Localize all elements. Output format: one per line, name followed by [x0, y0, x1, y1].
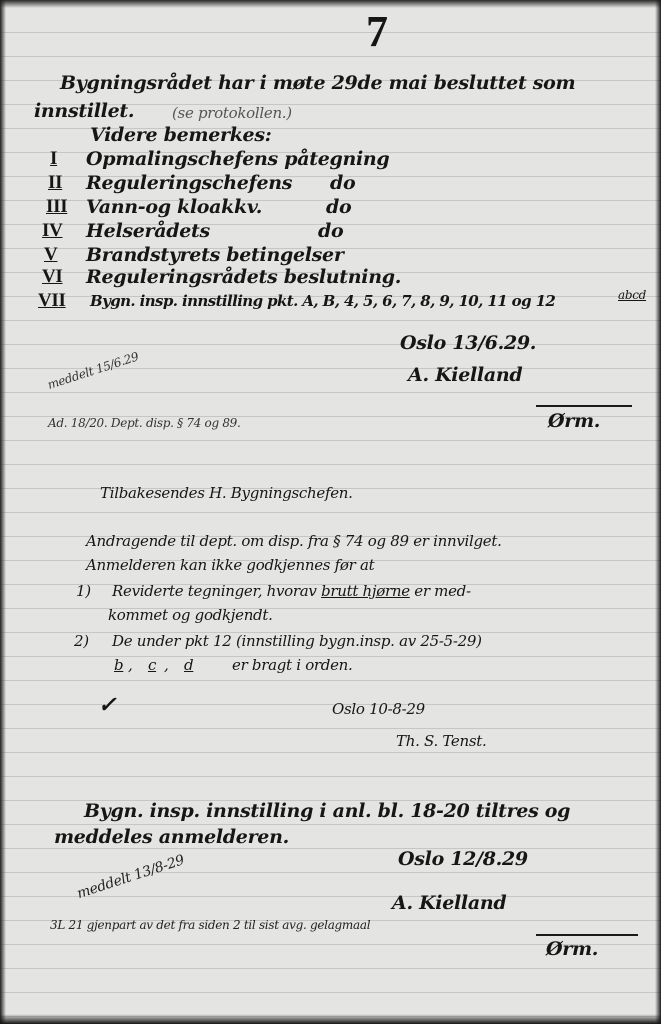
scan-edge-right	[655, 0, 661, 1024]
application-line-1: Andragende til dept. om disp. fra § 74 o…	[86, 532, 502, 550]
remark-numeral: II	[48, 172, 62, 194]
opening-line-2: innstillet.	[34, 100, 134, 122]
remark-text: Opmalingschefens påtegning	[86, 148, 389, 170]
point-text-part: er med-	[410, 582, 471, 600]
approval-line-1: Bygn. insp. innstilling i anl. bl. 18-20…	[84, 800, 570, 822]
return-heading: Tilbakesendes H. Bygningschefen.	[100, 484, 353, 502]
point-letter: c	[148, 656, 156, 674]
point-text: De under pkt 12 (innstilling bygn.insp. …	[112, 632, 482, 650]
date-section2: Oslo 10-8-29	[332, 700, 425, 718]
remark-text: Bygn. insp. innstilling pkt. A, B, 4, 5,…	[90, 292, 555, 310]
letter-separator: ,	[128, 656, 132, 674]
remark-text: Reguleringschefens	[86, 172, 292, 194]
scan-edge-bottom	[0, 1014, 661, 1024]
margin-note-meddelt: meddelt 15/6.29	[46, 349, 141, 392]
remark-numeral: VI	[42, 266, 63, 288]
date-section1: Oslo 13/6.29.	[400, 332, 536, 354]
remark-numeral: V	[44, 244, 57, 266]
checkmark-icon: ✓	[98, 692, 116, 718]
page-number: 7	[366, 6, 388, 57]
approval-line-2: meddeles anmelderen.	[54, 826, 289, 848]
point-text-underlined: brutt hjørne	[321, 582, 410, 600]
scan-edge-left	[0, 0, 6, 1024]
opening-line-1: Bygningsrådet har i møte 29de mai beslut…	[60, 72, 575, 94]
ditto-mark: do	[318, 220, 343, 242]
remark-suffix: abcd	[618, 288, 646, 302]
remark-numeral: VII	[38, 290, 66, 312]
footnote: 3L 21 gjenpart av det fra siden 2 til si…	[50, 918, 370, 932]
signature-tenst: Th. S. Tenst.	[396, 732, 486, 750]
point-label: 1)	[76, 582, 91, 600]
initials-signature: Ørm.	[548, 410, 600, 432]
point-text-part: Reviderte tegninger, hvorav	[112, 582, 321, 600]
ditto-mark: do	[326, 196, 351, 218]
signature-kielland-2: A. Kielland	[392, 892, 506, 914]
point-text: Reviderte tegninger, hvorav brutt hjørne…	[112, 582, 471, 600]
margin-note-meddelt-2: meddelt 13/8-29	[75, 852, 186, 902]
letter-separator: ,	[164, 656, 168, 674]
remark-text: Helserådets	[86, 220, 210, 242]
date-section3: Oslo 12/8.29	[398, 848, 528, 870]
signature-underline-2	[536, 934, 638, 936]
initials-signature-2: Ørm.	[546, 938, 598, 960]
ditto-mark: do	[330, 172, 355, 194]
remark-numeral: IV	[42, 220, 63, 242]
remark-text: Reguleringsrådets beslutning.	[86, 266, 401, 288]
signature-underline	[536, 405, 632, 407]
signature-kielland: A. Kielland	[408, 364, 522, 386]
document-page: 7 Bygningsrådet har i møte 29de mai besl…	[0, 0, 661, 1024]
point-label: 2)	[74, 632, 89, 650]
remark-numeral: III	[46, 196, 67, 218]
reference-note: Ad. 18/20. Dept. disp. § 74 og 89.	[48, 416, 241, 430]
remark-text: Brandstyrets betingelser	[86, 244, 344, 266]
application-line-2: Anmelderen kan ikke godkjennes før at	[86, 556, 374, 574]
point-letter: b	[114, 656, 123, 674]
scan-edge-top	[0, 0, 661, 8]
remark-text: Vann-og kloakkv.	[86, 196, 262, 218]
point-letter: d	[184, 656, 193, 674]
point-text-line-2: er bragt i orden.	[232, 656, 353, 674]
point-text-line-2: kommet og godkjendt.	[108, 606, 273, 624]
remark-numeral: I	[50, 148, 57, 170]
remarks-heading: Videre bemerkes:	[90, 124, 271, 146]
protocol-note: (se protokollen.)	[172, 104, 292, 122]
